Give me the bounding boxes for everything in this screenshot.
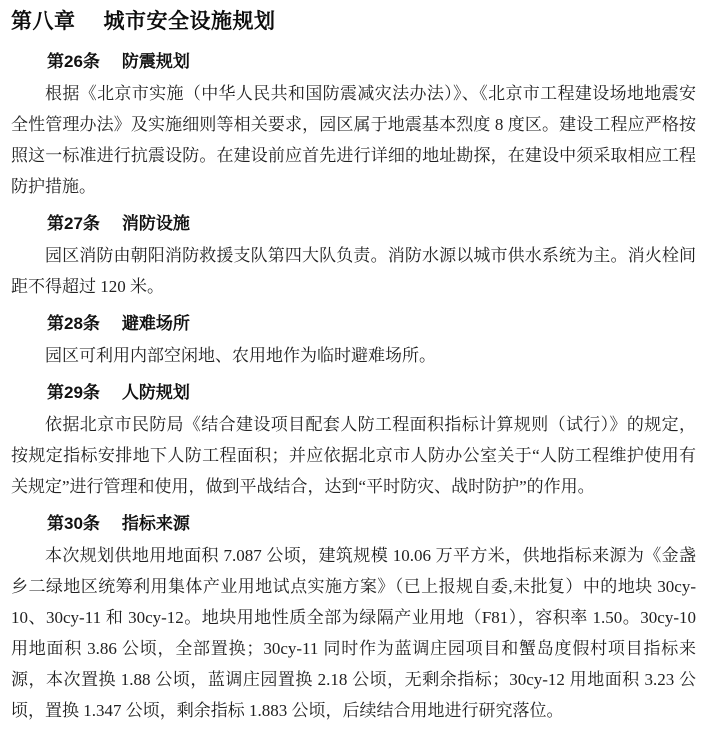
chapter-heading: 第八章城市安全设施规划	[11, 6, 696, 38]
clause-28-number: 第28条	[47, 314, 100, 333]
chapter-number: 第八章	[11, 10, 76, 33]
clause-30-heading: 第30条指标来源	[47, 512, 696, 536]
clause-29-number: 第29条	[47, 383, 100, 402]
document-page: 第八章城市安全设施规划 第26条防震规划 根据《北京市实施（中华人民共和国防震减…	[0, 0, 706, 734]
clause-29-heading: 第29条人防规划	[47, 381, 696, 405]
clause-26-title: 防震规划	[122, 52, 190, 71]
clause-28-paragraph: 园区可利用内部空闲地、农用地作为临时避难场所。	[11, 340, 696, 371]
clause-26-paragraph: 根据《北京市实施（中华人民共和国防震减灾法办法）》、《北京市工程建设场地地震安全…	[11, 78, 696, 202]
chapter-title: 城市安全设施规划	[104, 10, 276, 33]
clause-28: 第28条避难场所 园区可利用内部空闲地、农用地作为临时避难场所。	[11, 312, 696, 371]
clause-28-heading: 第28条避难场所	[47, 312, 696, 336]
clause-30-number: 第30条	[47, 514, 100, 533]
clause-26-number: 第26条	[47, 52, 100, 71]
clause-29-paragraph: 依据北京市民防局《结合建设项目配套人防工程面积指标计算规则（试行）》的规定，按规…	[11, 409, 696, 502]
clause-30: 第30条指标来源 本次规划供地用地面积 7.087 公顷，建筑规模 10.06 …	[11, 512, 696, 726]
clause-27-heading: 第27条消防设施	[47, 212, 696, 236]
clause-30-title: 指标来源	[122, 514, 190, 533]
clause-28-title: 避难场所	[122, 314, 190, 333]
clause-30-paragraph: 本次规划供地用地面积 7.087 公顷，建筑规模 10.06 万平方米，供地指标…	[11, 540, 696, 726]
clause-26: 第26条防震规划 根据《北京市实施（中华人民共和国防震减灾法办法）》、《北京市工…	[11, 50, 696, 202]
clause-26-heading: 第26条防震规划	[47, 50, 696, 74]
clause-27-title: 消防设施	[122, 214, 190, 233]
clause-27: 第27条消防设施 园区消防由朝阳消防救援支队第四大队负责。消防水源以城市供水系统…	[11, 212, 696, 302]
clause-27-paragraph: 园区消防由朝阳消防救援支队第四大队负责。消防水源以城市供水系统为主。消火栓间距不…	[11, 240, 696, 302]
clause-29: 第29条人防规划 依据北京市民防局《结合建设项目配套人防工程面积指标计算规则（试…	[11, 381, 696, 502]
clause-29-title: 人防规划	[122, 383, 190, 402]
clause-27-number: 第27条	[47, 214, 100, 233]
